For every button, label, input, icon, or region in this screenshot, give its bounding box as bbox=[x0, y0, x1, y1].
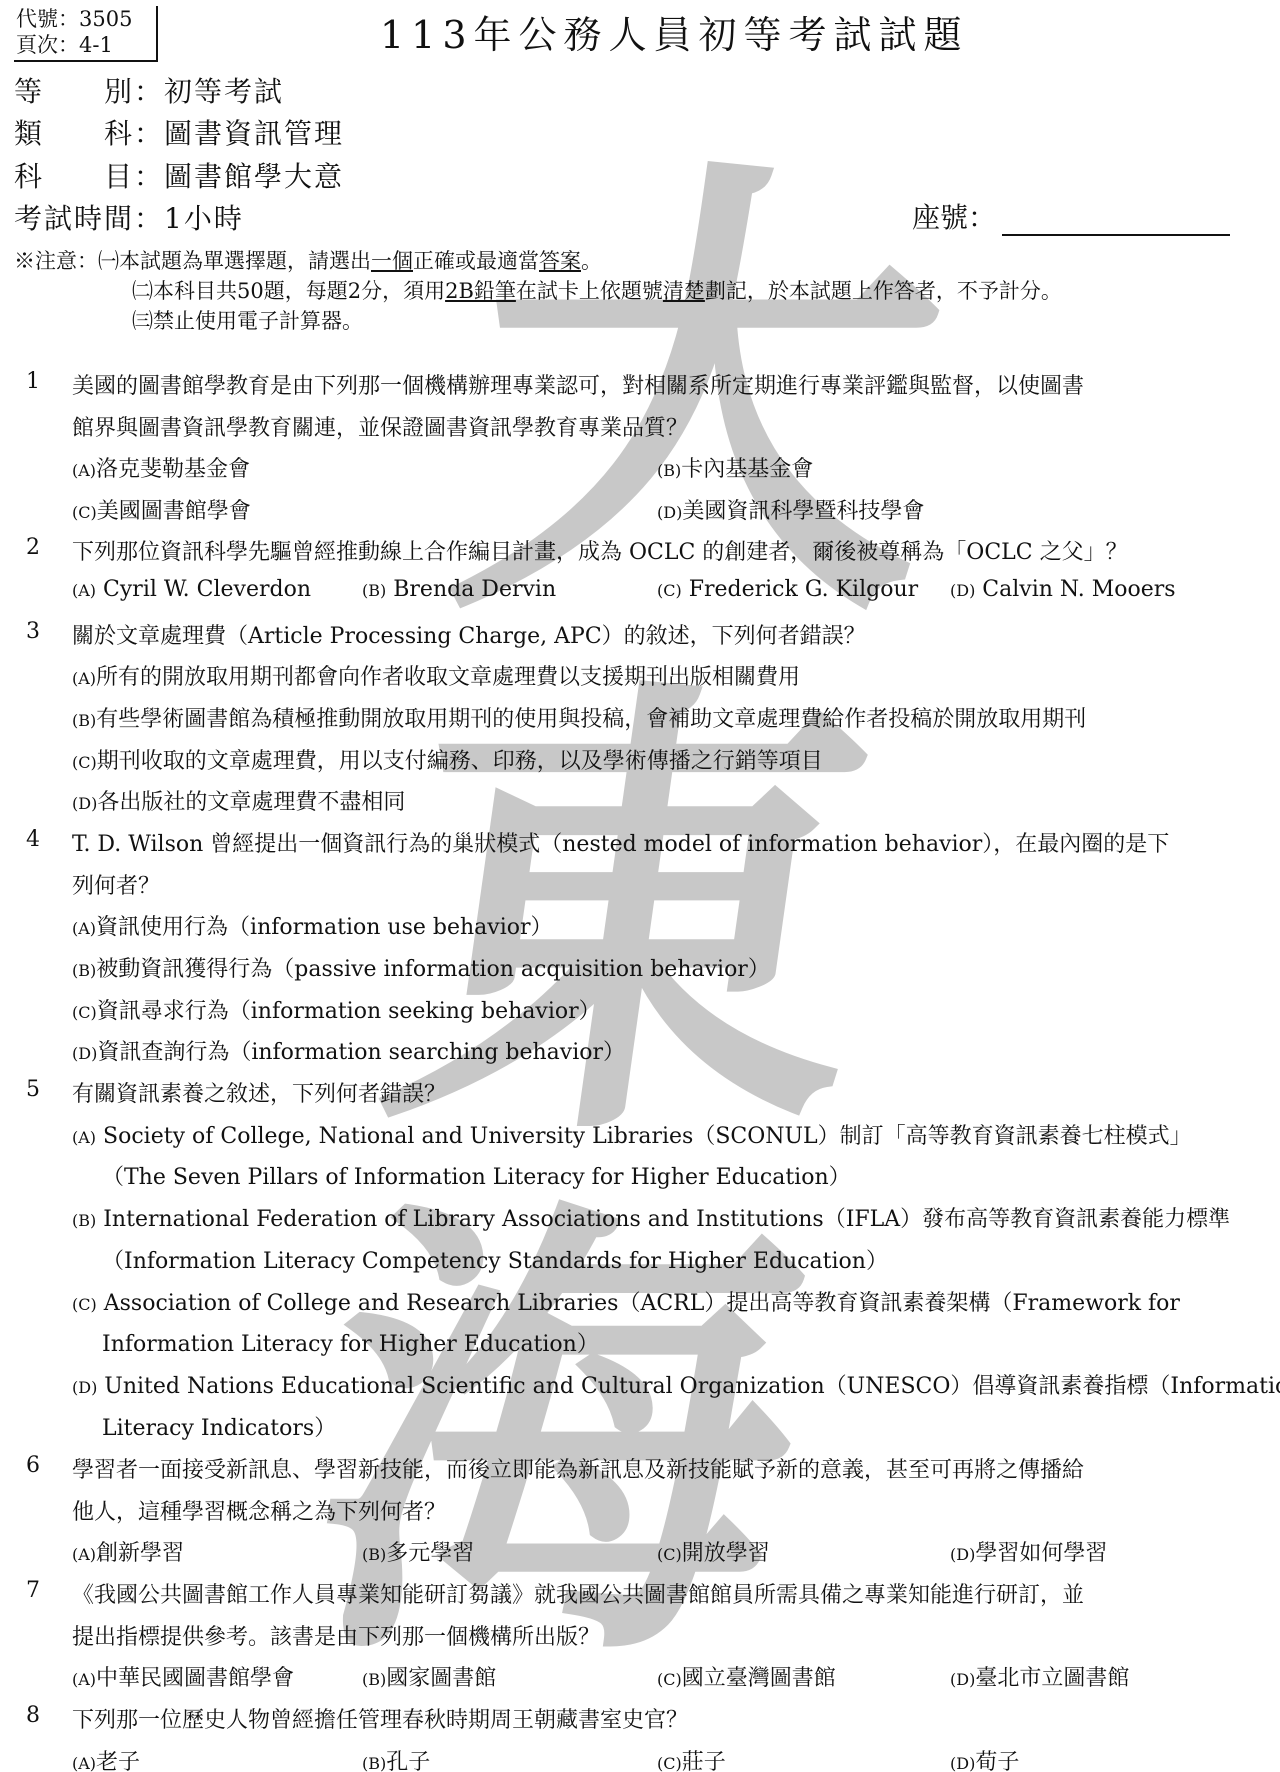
option-d[interactable]: (D)美國資訊科學暨科技學會 bbox=[657, 494, 924, 525]
option-label: (B) bbox=[657, 461, 681, 480]
option-label: (B) bbox=[362, 1545, 386, 1564]
question-text: 《我國公共圖書館工作人員專業知能研訂芻議》就我國公共圖書館館員所需具備之專業知能… bbox=[72, 1578, 1084, 1609]
option-c[interactable]: (C)美國圖書館學會 bbox=[72, 494, 251, 525]
option-label: (A) bbox=[72, 581, 96, 600]
notice-text: ㈠本試題為單選擇題，請選出 bbox=[98, 249, 371, 273]
field-value: 圖書館學大意 bbox=[164, 160, 344, 193]
option-b[interactable]: (B)有些學術圖書館為積極推動開放取用期刊的使用與投稿，會補助文章處理費給作者投… bbox=[72, 702, 1086, 733]
question-number: 8 bbox=[26, 1703, 40, 1728]
question-number: 1 bbox=[26, 369, 40, 394]
option-b[interactable]: (B)被動資訊獲得行為（passive information acquisit… bbox=[72, 952, 770, 983]
option-c[interactable]: (C)資訊尋求行為（information seeking behavior） bbox=[72, 994, 601, 1025]
option-text: 多元學習 bbox=[386, 1541, 474, 1566]
question-text: T. D. Wilson 曾經提出一個資訊行為的巢狀模式（nested mode… bbox=[72, 827, 1169, 858]
option-text: 國家圖書館 bbox=[386, 1666, 496, 1691]
option-a-continued: （The Seven Pillars of Information Litera… bbox=[102, 1160, 851, 1191]
option-c[interactable]: (C)開放學習 bbox=[657, 1536, 770, 1567]
option-label: (A) bbox=[72, 1545, 96, 1564]
question-text: 有關資訊素養之敘述，下列何者錯誤？ bbox=[72, 1077, 446, 1108]
option-label: (A) bbox=[72, 461, 96, 480]
question-number: 7 bbox=[26, 1578, 40, 1603]
notice-text: ㈢禁止使用電子計算器。 bbox=[132, 309, 363, 333]
option-text: 美國資訊科學暨科技學會 bbox=[682, 499, 924, 524]
field-key: 等 別 bbox=[14, 75, 134, 108]
option-text: 開放學習 bbox=[682, 1541, 770, 1566]
question-number: 2 bbox=[26, 535, 40, 560]
seat-number-field[interactable] bbox=[1002, 204, 1230, 236]
option-label: (D) bbox=[72, 1378, 97, 1397]
field-exam-time: 考試時間：1小時 bbox=[14, 197, 244, 237]
option-a[interactable]: (A)洛克斐勒基金會 bbox=[72, 452, 250, 483]
notice-prefix: ※注意： bbox=[14, 249, 98, 273]
option-text: 期刊收取的文章處理費，用以支付編務、印務，以及學術傳播之行銷等項目 bbox=[97, 749, 823, 774]
page-label: 頁次： bbox=[16, 33, 79, 57]
option-b[interactable]: (B) International Federation of Library … bbox=[72, 1202, 1230, 1233]
notice-text: ㈡本科目共50題，每題2分，須用 bbox=[132, 279, 445, 303]
option-label: (B) bbox=[362, 1754, 386, 1772]
question-number: 4 bbox=[26, 827, 40, 852]
option-label: (C) bbox=[657, 1545, 682, 1564]
option-label: (D) bbox=[72, 794, 97, 813]
option-text: 各出版社的文章處理費不盡相同 bbox=[97, 790, 405, 815]
option-text: 資訊尋求行為（information seeking behavior） bbox=[97, 999, 601, 1024]
page-title: 113年公務人員初等考試試題 bbox=[380, 4, 969, 59]
question-number: 5 bbox=[26, 1077, 40, 1102]
option-label: (D) bbox=[657, 503, 682, 522]
option-text: 所有的開放取用期刊都會向作者收取文章處理費以支援期刊出版相關費用 bbox=[96, 665, 800, 690]
option-b[interactable]: (B)卡內基基金會 bbox=[657, 452, 813, 483]
field-value: 圖書資訊管理 bbox=[164, 117, 344, 150]
option-b[interactable]: (B) Brenda Dervin bbox=[362, 577, 556, 602]
option-label: (C) bbox=[657, 581, 682, 600]
option-text: 美國圖書館學會 bbox=[97, 499, 251, 524]
option-a[interactable]: (A)所有的開放取用期刊都會向作者收取文章處理費以支援期刊出版相關費用 bbox=[72, 660, 800, 691]
question-number: 6 bbox=[26, 1453, 40, 1478]
notice-text: 劃記，於本試題上作答者，不予計分。 bbox=[705, 279, 1062, 303]
notice-text: 在試卡上依題號 bbox=[516, 279, 663, 303]
field-key: 考試時間 bbox=[14, 202, 134, 235]
option-b[interactable]: (B)國家圖書館 bbox=[362, 1661, 496, 1692]
notice: ※注意：㈠本試題為單選擇題，請選出一個正確或最適當答案。 ㈡本科目共50題，每題… bbox=[14, 246, 1062, 336]
option-label: (D) bbox=[950, 1670, 975, 1689]
option-a[interactable]: (A)老子 bbox=[72, 1745, 140, 1772]
option-d[interactable]: (D)資訊查詢行為（information searching behavior… bbox=[72, 1035, 625, 1066]
option-text: 卡內基基金會 bbox=[681, 457, 813, 482]
option-d[interactable]: (D)臺北市立圖書館 bbox=[950, 1661, 1129, 1692]
option-text: 國立臺灣圖書館 bbox=[682, 1666, 836, 1691]
option-b[interactable]: (B)多元學習 bbox=[362, 1536, 474, 1567]
option-label: (C) bbox=[72, 1295, 97, 1314]
question-text: 列何者？ bbox=[72, 869, 160, 900]
option-text: 洛克斐勒基金會 bbox=[96, 457, 250, 482]
option-label: (A) bbox=[72, 1670, 96, 1689]
option-b[interactable]: (B)孔子 bbox=[362, 1745, 430, 1772]
option-label: (D) bbox=[950, 1545, 975, 1564]
question-text: 學習者一面接受新訊息、學習新技能，而後立即能為新訊息及新技能賦予新的意義，甚至可… bbox=[72, 1453, 1084, 1484]
option-text: 莊子 bbox=[682, 1750, 726, 1772]
seat-label: 座號： bbox=[912, 201, 996, 234]
option-label: (B) bbox=[72, 961, 96, 980]
option-label: (A) bbox=[72, 669, 96, 688]
option-label: (C) bbox=[657, 1754, 682, 1772]
option-text: 臺北市立圖書館 bbox=[975, 1666, 1129, 1691]
code-label: 代號： bbox=[16, 7, 79, 31]
question-text: 提出指標提供參考。該書是由下列那一個機構所出版？ bbox=[72, 1620, 600, 1651]
option-label: (C) bbox=[72, 753, 97, 772]
option-label: (A) bbox=[72, 1754, 96, 1772]
option-text: 創新學習 bbox=[96, 1541, 184, 1566]
option-d[interactable]: (D)各出版社的文章處理費不盡相同 bbox=[72, 785, 405, 816]
question-number: 3 bbox=[26, 619, 40, 644]
code-box: 代號：3505 頁次：4-1 bbox=[14, 6, 158, 62]
option-a[interactable]: (A)資訊使用行為（information use behavior） bbox=[72, 910, 553, 941]
notice-emphasis: 答案 bbox=[539, 249, 581, 273]
option-text: 學習如何學習 bbox=[975, 1541, 1107, 1566]
seat-number: 座號： bbox=[912, 196, 1230, 236]
option-label: (B) bbox=[72, 711, 96, 730]
option-label: (D) bbox=[950, 581, 975, 600]
option-label: (A) bbox=[72, 1128, 96, 1147]
option-a[interactable]: (A)創新學習 bbox=[72, 1536, 184, 1567]
notice-emphasis: 一個 bbox=[371, 249, 413, 273]
field-category: 類 科：圖書資訊管理 bbox=[14, 112, 344, 152]
option-c-continued: Information Literacy for Higher Educatio… bbox=[102, 1327, 599, 1358]
option-d[interactable]: (D) United Nations Educational Scientifi… bbox=[72, 1369, 1280, 1400]
option-a[interactable]: (A) Cyril W. Cleverdon bbox=[72, 577, 311, 602]
code-value: 3505 bbox=[79, 7, 132, 31]
option-text: United Nations Educational Scientific an… bbox=[97, 1374, 1280, 1399]
option-text: Society of College, National and Univers… bbox=[96, 1124, 1192, 1149]
field-value: 1小時 bbox=[164, 202, 244, 235]
option-c[interactable]: (C)國立臺灣圖書館 bbox=[657, 1661, 836, 1692]
option-text: Cyril W. Cleverdon bbox=[96, 577, 311, 602]
option-text: 中華民國圖書館學會 bbox=[96, 1666, 294, 1691]
option-c[interactable]: (C)期刊收取的文章處理費，用以支付編務、印務，以及學術傳播之行銷等項目 bbox=[72, 744, 823, 775]
option-text: 孔子 bbox=[386, 1750, 430, 1772]
option-label: (A) bbox=[72, 919, 96, 938]
field-value: 初等考試 bbox=[164, 75, 284, 108]
option-text: Calvin N. Mooers bbox=[975, 577, 1175, 602]
option-d[interactable]: (D) Calvin N. Mooers bbox=[950, 577, 1176, 602]
option-c[interactable]: (C) Frederick G. Kilgour bbox=[657, 577, 918, 602]
option-text: 被動資訊獲得行為（passive information acquisition… bbox=[96, 957, 770, 982]
question-text: 館界與圖書資訊學教育關連，並保證圖書資訊學教育專業品質？ bbox=[72, 411, 688, 442]
option-text: 資訊查詢行為（information searching behavior） bbox=[97, 1040, 625, 1065]
option-d[interactable]: (D)荀子 bbox=[950, 1745, 1019, 1772]
option-text: Association of College and Research Libr… bbox=[97, 1291, 1180, 1316]
option-label: (D) bbox=[72, 1044, 97, 1063]
question-text: 下列那一位歷史人物曾經擔任管理春秋時期周王朝藏書室史官？ bbox=[72, 1703, 688, 1734]
question-text: 下列那位資訊科學先驅曾經推動線上合作編目計畫，成為 OCLC 的創建者，爾後被尊… bbox=[72, 535, 1128, 566]
question-text: 美國的圖書館學教育是由下列那一個機構辦理專業認可，對相關系所定期進行專業評鑑與監… bbox=[72, 369, 1084, 400]
option-text: Frederick G. Kilgour bbox=[682, 577, 918, 602]
option-a[interactable]: (A) Society of College, National and Uni… bbox=[72, 1119, 1192, 1150]
option-c[interactable]: (C) Association of College and Research … bbox=[72, 1286, 1180, 1317]
option-label: (B) bbox=[362, 1670, 386, 1689]
option-label: (B) bbox=[72, 1211, 96, 1230]
notice-text: 正確或最適當 bbox=[413, 249, 539, 273]
question-text: 關於文章處理費（Article Processing Charge, APC）的… bbox=[72, 619, 866, 650]
option-d[interactable]: (D)學習如何學習 bbox=[950, 1536, 1107, 1567]
notice-text: 。 bbox=[581, 249, 602, 273]
option-text: 老子 bbox=[96, 1750, 140, 1772]
option-text: International Federation of Library Asso… bbox=[96, 1207, 1230, 1232]
option-label: (C) bbox=[657, 1670, 682, 1689]
field-subject: 科 目：圖書館學大意 bbox=[14, 155, 344, 195]
option-a[interactable]: (A)中華民國圖書館學會 bbox=[72, 1661, 294, 1692]
notice-emphasis: 清楚 bbox=[663, 279, 705, 303]
option-text: Brenda Dervin bbox=[386, 577, 556, 602]
option-text: 資訊使用行為（information use behavior） bbox=[96, 915, 552, 940]
option-label: (D) bbox=[950, 1754, 975, 1772]
option-text: 有些學術圖書館為積極推動開放取用期刊的使用與投稿，會補助文章處理費給作者投稿於開… bbox=[96, 707, 1086, 732]
exam-page: 代號：3505 頁次：4-1 113年公務人員初等考試試題 等 別：初等考試 類… bbox=[0, 0, 1280, 1772]
option-text: 荀子 bbox=[975, 1750, 1019, 1772]
option-label: (C) bbox=[72, 1003, 97, 1022]
option-c[interactable]: (C)莊子 bbox=[657, 1745, 726, 1772]
notice-emphasis: 2B鉛筆 bbox=[445, 279, 516, 303]
option-label: (C) bbox=[72, 503, 97, 522]
page-value: 4-1 bbox=[79, 33, 113, 57]
field-grade: 等 別：初等考試 bbox=[14, 70, 284, 110]
option-b-continued: （Information Literacy Competency Standar… bbox=[102, 1244, 888, 1275]
option-label: (B) bbox=[362, 581, 386, 600]
field-key: 類 科 bbox=[14, 117, 134, 150]
field-key: 科 目 bbox=[14, 160, 134, 193]
option-d-continued: Literacy Indicators） bbox=[102, 1411, 336, 1442]
question-text: 他人，這種學習概念稱之為下列何者？ bbox=[72, 1495, 446, 1526]
